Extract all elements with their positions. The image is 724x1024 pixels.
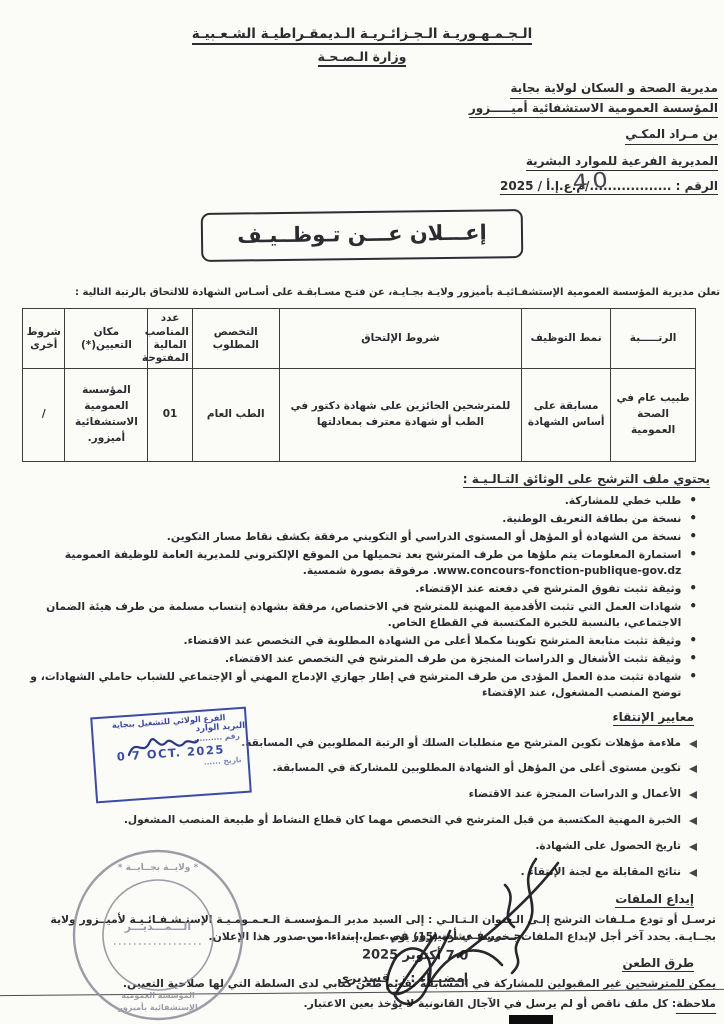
announcement-title: إعـــلان عـــن تـوظــيـف — [237, 221, 487, 248]
table-header-row: الرتـــــبة نمط التوظيف شروط الإلتحاق ال… — [23, 309, 696, 369]
document-item-text: نسخة من بطاقة التعريف الوطنية. — [502, 511, 681, 527]
table-header-location: مكان التعيين(*) — [65, 309, 148, 369]
bullet-icon: • — [689, 651, 697, 667]
round-stamp-bottom-text-2: الإستشفائية بأميزور — [117, 1002, 198, 1012]
cell-conditions: للمترشحين الحائزين على شهادة دكتور في ال… — [279, 368, 522, 461]
bullet-icon: • — [689, 511, 697, 527]
cell-positions: 01 — [148, 368, 192, 461]
org-subdirectorate: المديرية الفرعية للموارد البشرية — [526, 154, 718, 172]
republic-title: الـجـمـهـوريـة الـجـزائـريـة الـديمقـراط… — [192, 26, 532, 45]
table-header-other: شروط أخرى — [23, 309, 65, 369]
document-item: •وثيقة تثبت الأشغال و الدراسات المنجزة م… — [8, 651, 697, 667]
announcement-title-box: إعـــلان عـــن تـوظــيـف — [201, 209, 524, 262]
org-person: بن مـراد المكـي — [625, 127, 718, 145]
criteria-item-text: تكوين مستوى أعلى من المؤهل أو الشهادة ال… — [273, 761, 681, 777]
criteria-item-text: الأعمال و الدراسات المنجزة عند الاقتضاء — [469, 787, 681, 803]
document-item-text: وثيقة تثبت تفوق المترشح في دفعته عند الإ… — [415, 581, 681, 597]
arrow-bullet-icon — [689, 765, 697, 773]
document-item-text: طلب خطي للمشاركة. — [565, 493, 682, 509]
intro-paragraph: تعلن مديرية المؤسسة العمومية الإستشفـائي… — [2, 287, 720, 298]
org-establishment: المؤسسة العمومية الاستشفائية أميـــــزور — [469, 101, 718, 119]
cell-rank: طبيب عام في الصحة العمومية — [611, 368, 696, 461]
signature-scribble — [300, 845, 590, 1020]
table-header-recruitment-mode: نمط التوظيف — [522, 309, 611, 369]
arrow-bullet-icon — [689, 869, 697, 877]
org-directorate: مديرية الصحة و السكان لولاية بجاية — [510, 81, 718, 99]
bullet-icon: • — [689, 529, 697, 545]
stamp-handwriting-scribble — [121, 728, 203, 767]
document-item-text: شهادات العمل التي تثبت الأقدمية المهنية … — [8, 599, 681, 630]
appeal-heading: طرق الطعن — [622, 956, 694, 972]
criteria-item-text: الخبرة المهنية المكتسبة من قبل المترشح ف… — [124, 813, 681, 829]
document-item: •نسخة من بطاقة التعريف الوطنية. — [8, 511, 697, 527]
cell-specialty: الطب العام — [192, 368, 279, 461]
bullet-icon: • — [689, 547, 697, 578]
ministry-title: وزارة الـصـحـة — [318, 49, 407, 67]
note-label: ملاحظة — [676, 995, 716, 1014]
table-header-conditions: شروط الإلتحاق — [279, 309, 522, 369]
bullet-icon: • — [689, 633, 697, 649]
document-item: •استمارة المعلومات يتم ملؤها من طرف المت… — [8, 547, 697, 578]
scanned-document-page: الـجـمـهـوريـة الـجـزائـريـة الـديمقـراط… — [0, 0, 724, 1024]
document-item: •طلب خطي للمشاركة. — [8, 493, 697, 509]
round-stamp-bottom-text-1: المؤسسة العمومية — [121, 991, 195, 1000]
document-item-text: استمارة المعلومات يتم ملؤها من طرف المتر… — [8, 547, 681, 578]
handwritten-ref-number: 40 — [572, 168, 614, 195]
arrow-bullet-icon — [689, 740, 697, 748]
registry-stamp: الفرع الولائي للتشغيل ببجاية البريد الوا… — [90, 707, 252, 804]
bullet-icon: • — [689, 669, 697, 700]
director-round-stamp: * ولايــة بجــايــة * الـــمـــديـــر ال… — [66, 846, 250, 1024]
document-item-text: شهادة تثبت مدة العمل المؤدى من طرف المتر… — [8, 669, 681, 700]
bullet-icon: • — [689, 493, 697, 509]
bullet-icon: • — [689, 581, 697, 597]
deposit-heading: إيداع الملفات — [615, 892, 694, 908]
document-item-text: وثيقة تثبت متابعة المترشح تكوينا مكملا أ… — [184, 633, 682, 649]
bullet-icon: • — [689, 599, 697, 630]
round-stamp-top-text: * ولايــة بجــايــة * — [118, 863, 199, 873]
vacancy-table: الرتـــــبة نمط التوظيف شروط الإلتحاق ال… — [22, 308, 696, 462]
cell-recruitment-mode: مسابقة على أساس الشهادة — [522, 368, 611, 461]
document-item: •شهادات العمل التي تثبت الأقدمية المهنية… — [8, 599, 697, 630]
documents-heading: يحتوي ملف الترشح على الوثائق التـالـيـة … — [463, 472, 710, 488]
document-item-text: وثيقة تثبت الأشغال و الدراسات المنجزة من… — [225, 651, 681, 667]
table-header-specialty: التخصص المطلوب — [192, 309, 279, 369]
table-row: طبيب عام في الصحة العمومية مسابقة على أس… — [23, 368, 696, 461]
document-item-text: نسخة من الشهادة أو المؤهل أو المستوى الد… — [167, 529, 682, 545]
document-item: •نسخة من الشهادة أو المؤهل أو المستوى ال… — [8, 529, 697, 545]
reference-line: الرقم : ................../م.ع.إ.أ / 202… — [0, 179, 718, 195]
arrow-bullet-icon — [689, 817, 697, 825]
arrow-bullet-icon — [689, 791, 697, 799]
organization-block: مديرية الصحة و السكان لولاية بجاية المؤس… — [0, 81, 718, 171]
criteria-item-text: ملاءمة مؤهلات تكوين المترشح مع متطلبات ا… — [241, 736, 681, 752]
cell-other: / — [23, 368, 65, 461]
table-header-rank: الرتـــــبة — [611, 309, 696, 369]
document-item: •وثيقة تثبت متابعة المترشح تكوينا مكملا … — [8, 633, 697, 649]
criteria-heading: معايير الإنتقاء — [613, 710, 695, 726]
criteria-item: الخبرة المهنية المكتسبة من قبل المترشح ف… — [8, 813, 697, 829]
documents-list: •طلب خطي للمشاركة. •نسخة من بطاقة التعري… — [8, 493, 697, 701]
document-item: •شهادة تثبت مدة العمل المؤدى من طرف المت… — [8, 669, 697, 700]
arrow-bullet-icon — [689, 843, 697, 851]
table-header-positions: عدد المناصب المالية المفتوحة — [148, 309, 192, 369]
cell-location: المؤسسة العمومية الاستشفائية أميزور. — [65, 368, 148, 461]
round-stamp-center-text: الـــمـــديـــر — [124, 920, 191, 933]
national-header: الـجـمـهـوريـة الـجـزائـريـة الـديمقـراط… — [0, 0, 724, 67]
document-item: •وثيقة تثبت تفوق المترشح في دفعته عند ال… — [8, 581, 697, 597]
